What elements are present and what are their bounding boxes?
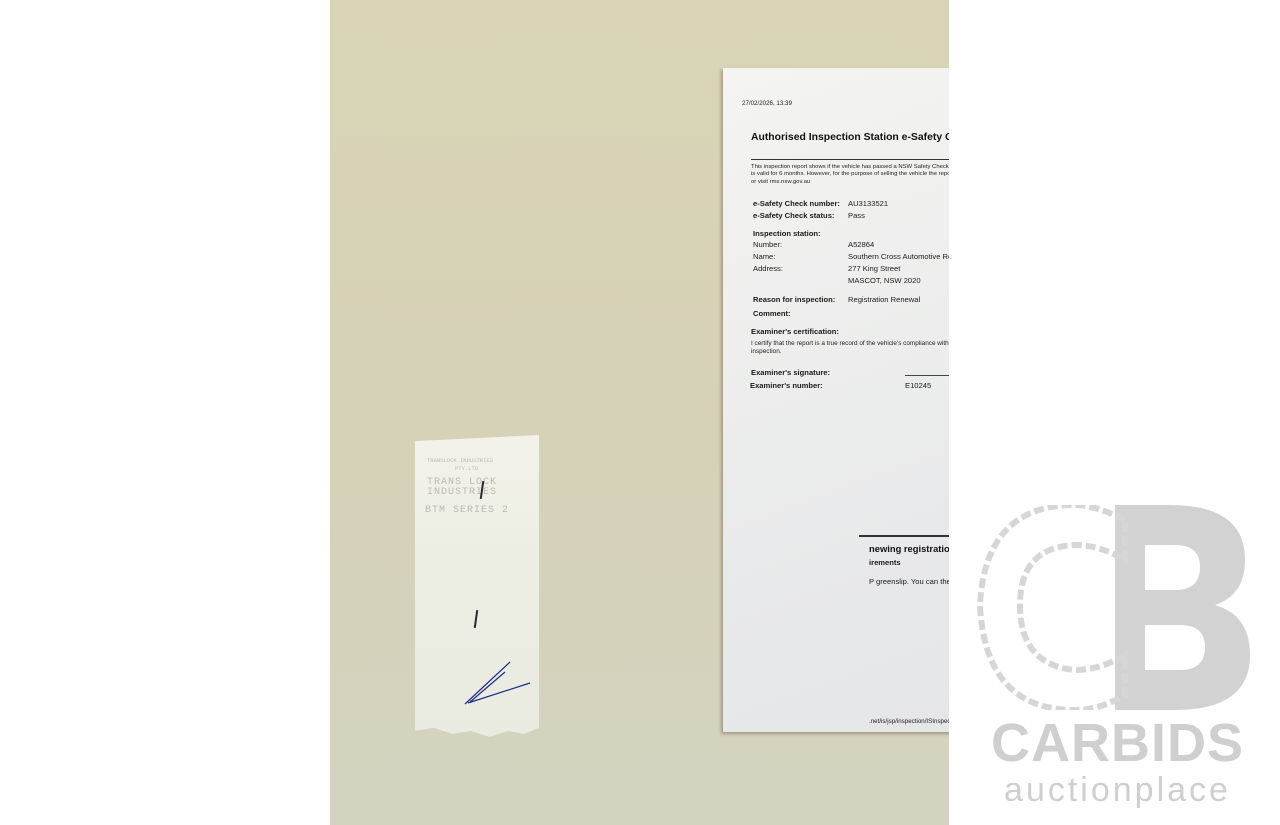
intro-text: This inspection report shows if the vehi… [751, 164, 949, 186]
watermark-brand: CARBIDS [975, 715, 1260, 771]
station-number-value: A52864 [848, 240, 874, 249]
station-address-label: Address: [753, 264, 783, 273]
print-timestamp: 27/02/2026, 13:39 [742, 100, 792, 107]
header-divider [751, 159, 949, 160]
receipt-line-2: PTY LTD [455, 465, 478, 472]
station-number-label: Number: [753, 240, 782, 249]
requirements-text: P greenslip. You can then [869, 577, 949, 586]
station-address-line1: 277 King Street [848, 264, 900, 273]
check-number-value: AU3133521 [848, 199, 888, 208]
certification-heading: Examiner's certification: [751, 327, 839, 336]
examiner-number-value: E10245 [905, 381, 931, 390]
receipt-line-1: TRANSLOCK INDUSTRIES [427, 457, 493, 464]
renewal-banner: newing registration is easy. Go to myRTA… [869, 543, 949, 554]
renewal-divider [859, 535, 949, 537]
signature-line [905, 375, 949, 376]
requirements-heading: irements [869, 558, 901, 567]
staple [474, 610, 478, 628]
check-status-value: Pass [848, 211, 865, 220]
signature-label: Examiner's signature: [751, 368, 830, 377]
carbids-logo-icon [975, 505, 1255, 710]
station-address-line2: MASCOT, NSW 2020 [848, 276, 921, 285]
reason-label: Reason for inspection: [753, 295, 835, 304]
certification-text: I certify that the report is a true reco… [751, 340, 949, 356]
receipt-line-4: INDUSTRIES [427, 487, 497, 498]
receipt-line-5: BTM SERIES 2 [425, 505, 509, 516]
inspection-receipt-slip: TRANSLOCK INDUSTRIES PTY LTD TRANS LOCK … [415, 435, 539, 740]
check-number-label: e-Safety Check number: [753, 199, 840, 208]
receipt-signature [460, 657, 535, 707]
inspection-report-sheet: 27/02/2026, 13:39 e-Safety Check Report … [723, 68, 949, 732]
station-name-value: Southern Cross Automotive Repairs [848, 252, 949, 261]
station-heading: Inspection station: [753, 229, 821, 238]
footer-url: .net/is/jsp/inspection/ISInspectionSlipC… [869, 718, 949, 725]
station-name-label: Name: [753, 252, 775, 261]
check-status-label: e-Safety Check status: [753, 211, 834, 220]
report-title: Authorised Inspection Station e-Safety C… [751, 132, 949, 143]
watermark-tagline: auctionplace [975, 772, 1260, 808]
comment-label: Comment: [753, 309, 791, 318]
reason-value: Registration Renewal [848, 295, 920, 304]
examiner-number-label: Examiner's number: [750, 381, 823, 390]
